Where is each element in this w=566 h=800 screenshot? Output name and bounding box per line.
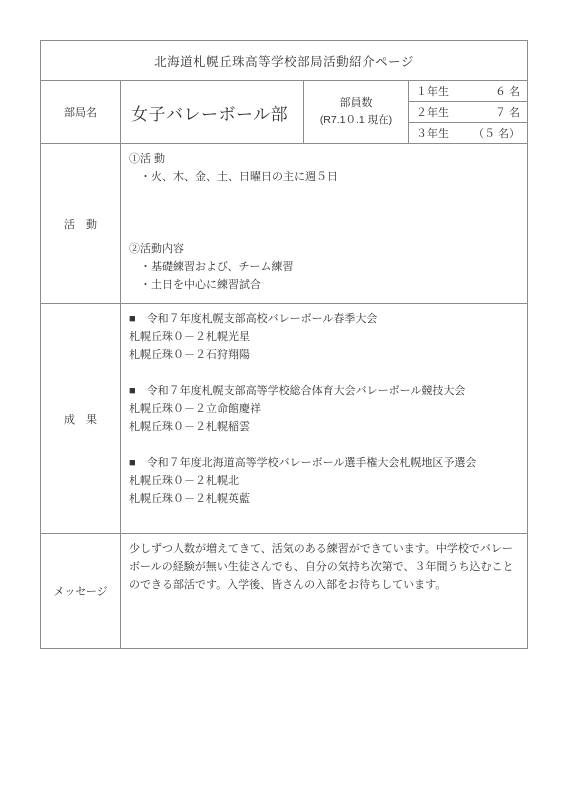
grade-2-count: ７ 名 — [495, 104, 520, 120]
document-sheet: 北海道札幌丘珠高等学校部局活動紹介ページ 部局名 女子バレーボール部 部員数 (… — [40, 40, 528, 649]
members-count-asof: (R7.1０.1 現在) — [305, 112, 407, 129]
activity-content: ①活 動 ・火、木、金、土、日曜日の主に週５日 ②活動内容 ・基礎練習および、チ… — [121, 144, 528, 304]
results-content: ■ 令和７年度札幌支部高校バレーボール春季大会 札幌丘珠０－２札幌光星 札幌丘珠… — [121, 304, 528, 534]
message-label: メッセージ — [41, 534, 121, 649]
page-title: 北海道札幌丘珠高等学校部局活動紹介ページ — [41, 41, 528, 81]
members-by-grade: １年生 ６ 名 ２年生 ７ 名 ３年生 （５ 名） — [409, 81, 528, 144]
club-intro-table: 北海道札幌丘珠高等学校部局活動紹介ページ 部局名 女子バレーボール部 部員数 (… — [40, 40, 528, 649]
grade-rows: １年生 ６ 名 ２年生 ７ 名 ３年生 （５ 名） — [409, 81, 527, 143]
activity-label: 活 動 — [41, 144, 121, 304]
message-content: 少しずつ人数が増えてきて、活気のある練習ができています。中学校でバレーボールの経… — [121, 534, 528, 649]
grade-1-label: １年生 — [416, 83, 449, 99]
grade-row-3: ３年生 （５ 名） — [409, 122, 527, 143]
members-count-label: 部員数 — [305, 95, 407, 112]
members-count-header: 部員数 (R7.1０.1 現在) — [304, 81, 409, 144]
page: { "colors": { "border": "#8c8c8c", "text… — [0, 0, 566, 800]
grade-3-label: ３年生 — [416, 125, 449, 141]
grade-2-label: ２年生 — [416, 104, 449, 120]
grade-row-1: １年生 ６ 名 — [409, 81, 527, 101]
grade-row-2: ２年生 ７ 名 — [409, 101, 527, 122]
grade-3-count: （５ 名） — [473, 125, 520, 141]
results-label: 成 果 — [41, 304, 121, 534]
club-name-label: 部局名 — [41, 81, 121, 144]
club-name-value: 女子バレーボール部 — [121, 81, 304, 144]
grade-1-count: ６ 名 — [495, 83, 520, 99]
